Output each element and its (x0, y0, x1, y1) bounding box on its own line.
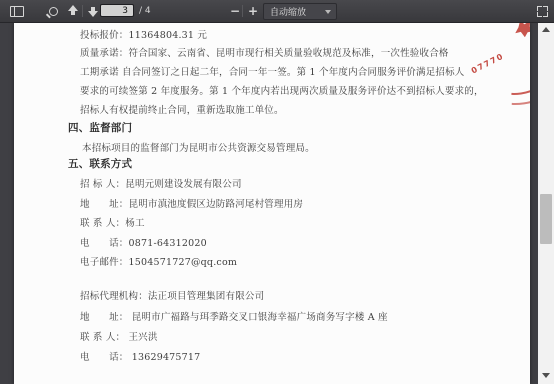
down-arrow-icon (87, 5, 99, 17)
pdf-viewer-toolbar: / 4 − + 自动缩放 (0, 0, 554, 23)
stamp-emblem-icon (511, 23, 530, 40)
presentation-mode-button[interactable] (533, 3, 551, 19)
doc-line: 电 话：0871-64312020 (80, 235, 207, 249)
zoom-in-button[interactable]: + (244, 3, 262, 19)
window-bottom-margin (0, 384, 554, 391)
doc-line: 投标报价：11364804.31 元 (80, 27, 207, 41)
scroll-up-button[interactable] (538, 22, 554, 36)
search-icon (49, 7, 58, 16)
doc-line: 招标人有权提前终止合同，重新选取施工单位。 (80, 102, 284, 116)
search-button[interactable] (44, 3, 62, 19)
doc-line: 工期承诺 自合同签订之日起二年，合同一年一签。第 1 个年度内合同服务评价满足招… (80, 64, 465, 78)
up-arrow-icon (67, 5, 79, 17)
doc-line: 本招标项目的监督部门为昆明市公共资源交易管理局。 (82, 140, 315, 154)
scroll-down-icon (542, 373, 550, 378)
doc-line: 要求的可续签第 2 年度服务。第 1 个年度内若出现两次质量及服务评价达不到招标… (80, 83, 484, 97)
doc-line: 电子邮件：1504571727@qq.com (80, 254, 237, 268)
dropdown-caret-icon (325, 10, 331, 14)
minus-icon: − (230, 6, 240, 16)
toolbar-separator (242, 5, 243, 17)
sidebar-toggle-icon (10, 6, 24, 17)
scroll-down-button[interactable] (538, 368, 554, 382)
doc-line: 电 话： 13629475717 (80, 349, 200, 363)
zoom-level-select[interactable]: 自动缩放 (263, 3, 337, 20)
fullscreen-icon (537, 6, 548, 17)
doc-line: 联 系 人： 王兴洪 (80, 329, 158, 343)
page-count-label: / 4 (139, 6, 151, 16)
sidebar-toggle-button[interactable] (8, 3, 26, 19)
toolbar-separator (82, 5, 83, 17)
doc-line: 联 系 人：杨工 (80, 215, 145, 229)
previous-page-button[interactable] (64, 3, 82, 19)
doc-line: 质量承诺：符合国家、云南省、昆明市现行相关质量验收规范及标准，一次性验收合格 (80, 45, 449, 59)
page-number-input[interactable] (100, 4, 134, 17)
scroll-up-icon (542, 27, 550, 32)
doc-heading: 五、联系方式 (68, 156, 132, 171)
plus-icon: + (248, 6, 258, 16)
pdf-page: 投标报价：11364804.31 元质量承诺：符合国家、云南省、昆明市现行相关质… (14, 23, 530, 384)
doc-line: 地 址：昆明市滇池度假区边防路河尾村管理用房 (80, 196, 303, 210)
pdf-viewer-area: 投标报价：11364804.31 元质量承诺：符合国家、云南省、昆明市现行相关质… (0, 22, 538, 384)
doc-line: 招 标 人：昆明元则建设发展有限公司 (80, 176, 242, 190)
doc-heading: 四、监督部门 (68, 120, 132, 135)
doc-line: 地 址： 昆明市广福路与珥季路交叉口银海幸福广场商务写字楼 A 座 (80, 309, 388, 323)
vertical-scrollbar[interactable] (538, 22, 554, 384)
scrollbar-thumb[interactable] (540, 194, 552, 244)
doc-line: 招标代理机构：法正项目管理集团有限公司 (80, 288, 264, 302)
stamp-serial: 07770 (470, 51, 506, 75)
zoom-level-label: 自动缩放 (264, 5, 325, 18)
